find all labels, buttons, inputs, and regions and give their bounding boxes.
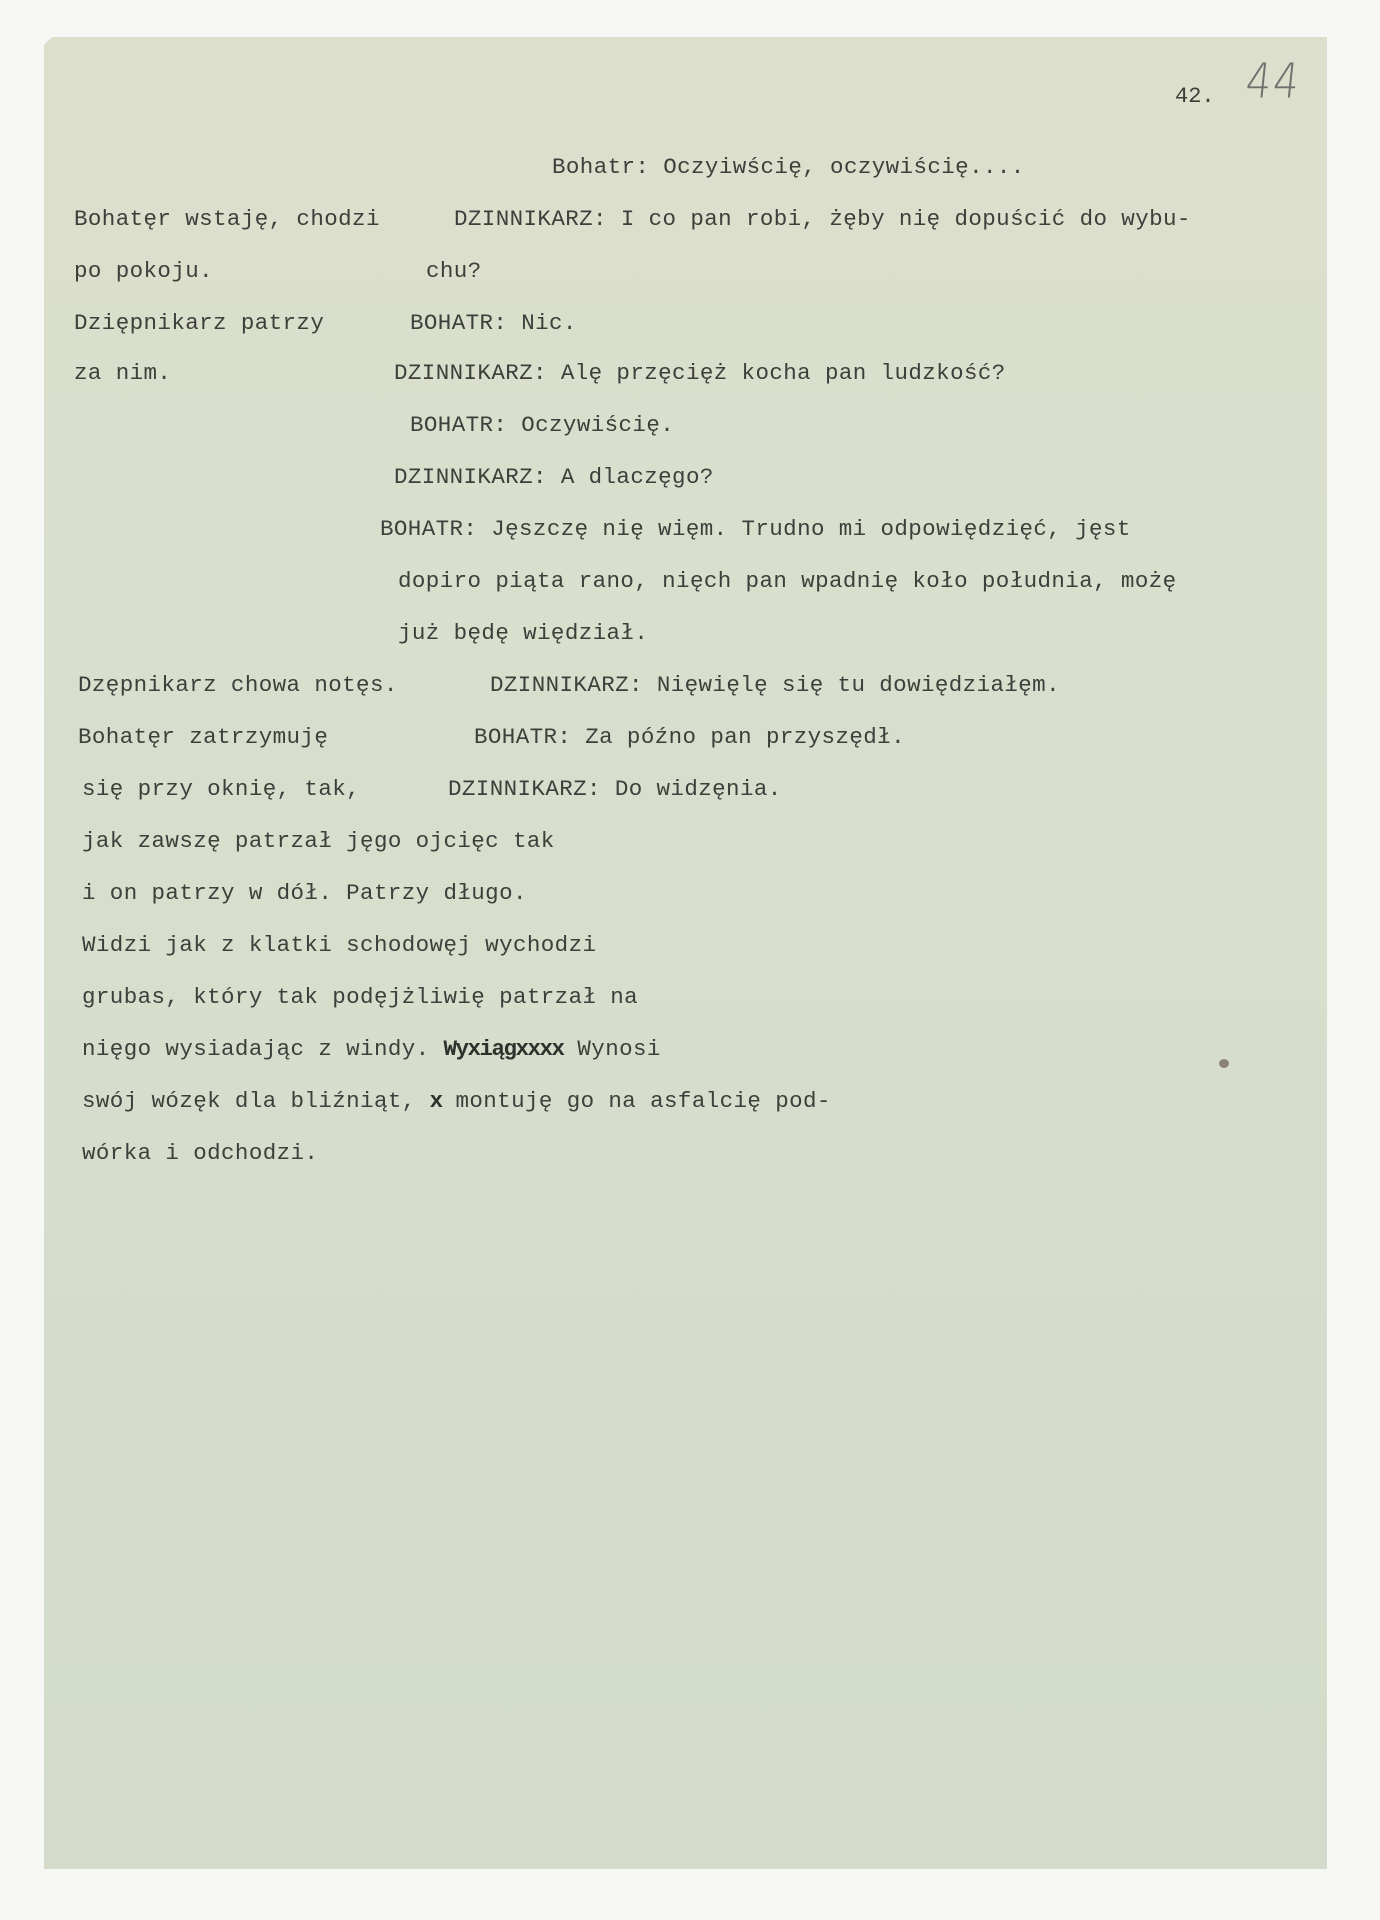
- stage-direction-text: montuję go na asfalcię pod-: [442, 1088, 831, 1114]
- stage-direction-line: Dziępnikarz patrzy: [74, 309, 324, 337]
- stage-direction-line: nięgo wysiadając z windy. Wyxiągxxxx Wyn…: [82, 1035, 661, 1063]
- typed-page-number: 42.: [1175, 84, 1215, 109]
- stage-direction-line: i on patrzy w dół. Patrzy długo.: [82, 879, 527, 907]
- stage-direction-line: po pokoju.: [74, 257, 213, 285]
- dialogue-line: BOHATR: Oczywiścię.: [410, 411, 674, 439]
- stage-direction-text: Wynosi: [564, 1036, 661, 1062]
- stage-direction-line: Bohatęr zatrzymuję: [78, 723, 328, 751]
- struck-out-text: Wyxiągxxxx: [443, 1036, 563, 1062]
- paper-stain: [1219, 1059, 1229, 1068]
- dialogue-line: DZINNIKARZ: Nięwięlę się tu dowiędziałęm…: [490, 671, 1060, 699]
- dialogue-line: już będę więdział.: [398, 619, 648, 647]
- scanned-page: 42. 44 Bohatr: Oczyiwścię, oczywiścię...…: [0, 0, 1380, 1920]
- stage-direction-line: grubas, który tak podęjżliwię patrzał na: [82, 983, 638, 1011]
- dialogue-line: BOHATR: Jęszczę nię więm. Trudno mi odpo…: [380, 515, 1131, 543]
- stage-direction-text: swój wózęk dla bliźniąt,: [82, 1088, 416, 1114]
- stage-direction-line: Bohatęr wstaję, chodzi: [74, 205, 380, 233]
- handwritten-page-number: 44: [1243, 54, 1304, 109]
- stage-direction-line: Widzi jak z klatki schodowęj wychodzi: [82, 931, 596, 959]
- dialogue-line: BOHATR: Nic.: [410, 309, 577, 337]
- dialogue-line: Bohatr: Oczyiwścię, oczywiścię....: [552, 153, 1025, 181]
- dialogue-line: dopiro piąta rano, nięch pan wpadnię koł…: [398, 567, 1177, 595]
- stage-direction-line: Dzępnikarz chowa notęs.: [78, 671, 398, 699]
- stage-direction-line: za nim.: [74, 359, 171, 387]
- dialogue-line: DZINNIKARZ: Do widzęnia.: [448, 775, 782, 803]
- stage-direction-text: nięgo wysiadając z windy.: [82, 1036, 430, 1062]
- stage-direction-line: się przy oknię, tak,: [82, 775, 360, 803]
- stage-direction-line: jak zawszę patrzał jęgo ojcięc tak: [82, 827, 555, 855]
- dialogue-line: BOHATR: Za późno pan przyszędł.: [474, 723, 905, 751]
- typewritten-sheet: 42. 44 Bohatr: Oczyiwścię, oczywiścię...…: [44, 37, 1327, 1869]
- stage-direction-line: wórka i odchodzi.: [82, 1139, 318, 1167]
- stage-direction-line: swój wózęk dla bliźniąt, x montuję go na…: [82, 1087, 831, 1115]
- struck-out-mark: x: [430, 1088, 442, 1114]
- dialogue-line: DZINNIKARZ: A dlaczęgo?: [394, 463, 714, 491]
- dialogue-line: chu?: [426, 257, 482, 285]
- dialogue-line: DZINNIKARZ: I co pan robi, żęby nię dopu…: [454, 205, 1191, 233]
- dialogue-line: DZINNIKARZ: Alę przęcięż kocha pan ludzk…: [394, 359, 1006, 387]
